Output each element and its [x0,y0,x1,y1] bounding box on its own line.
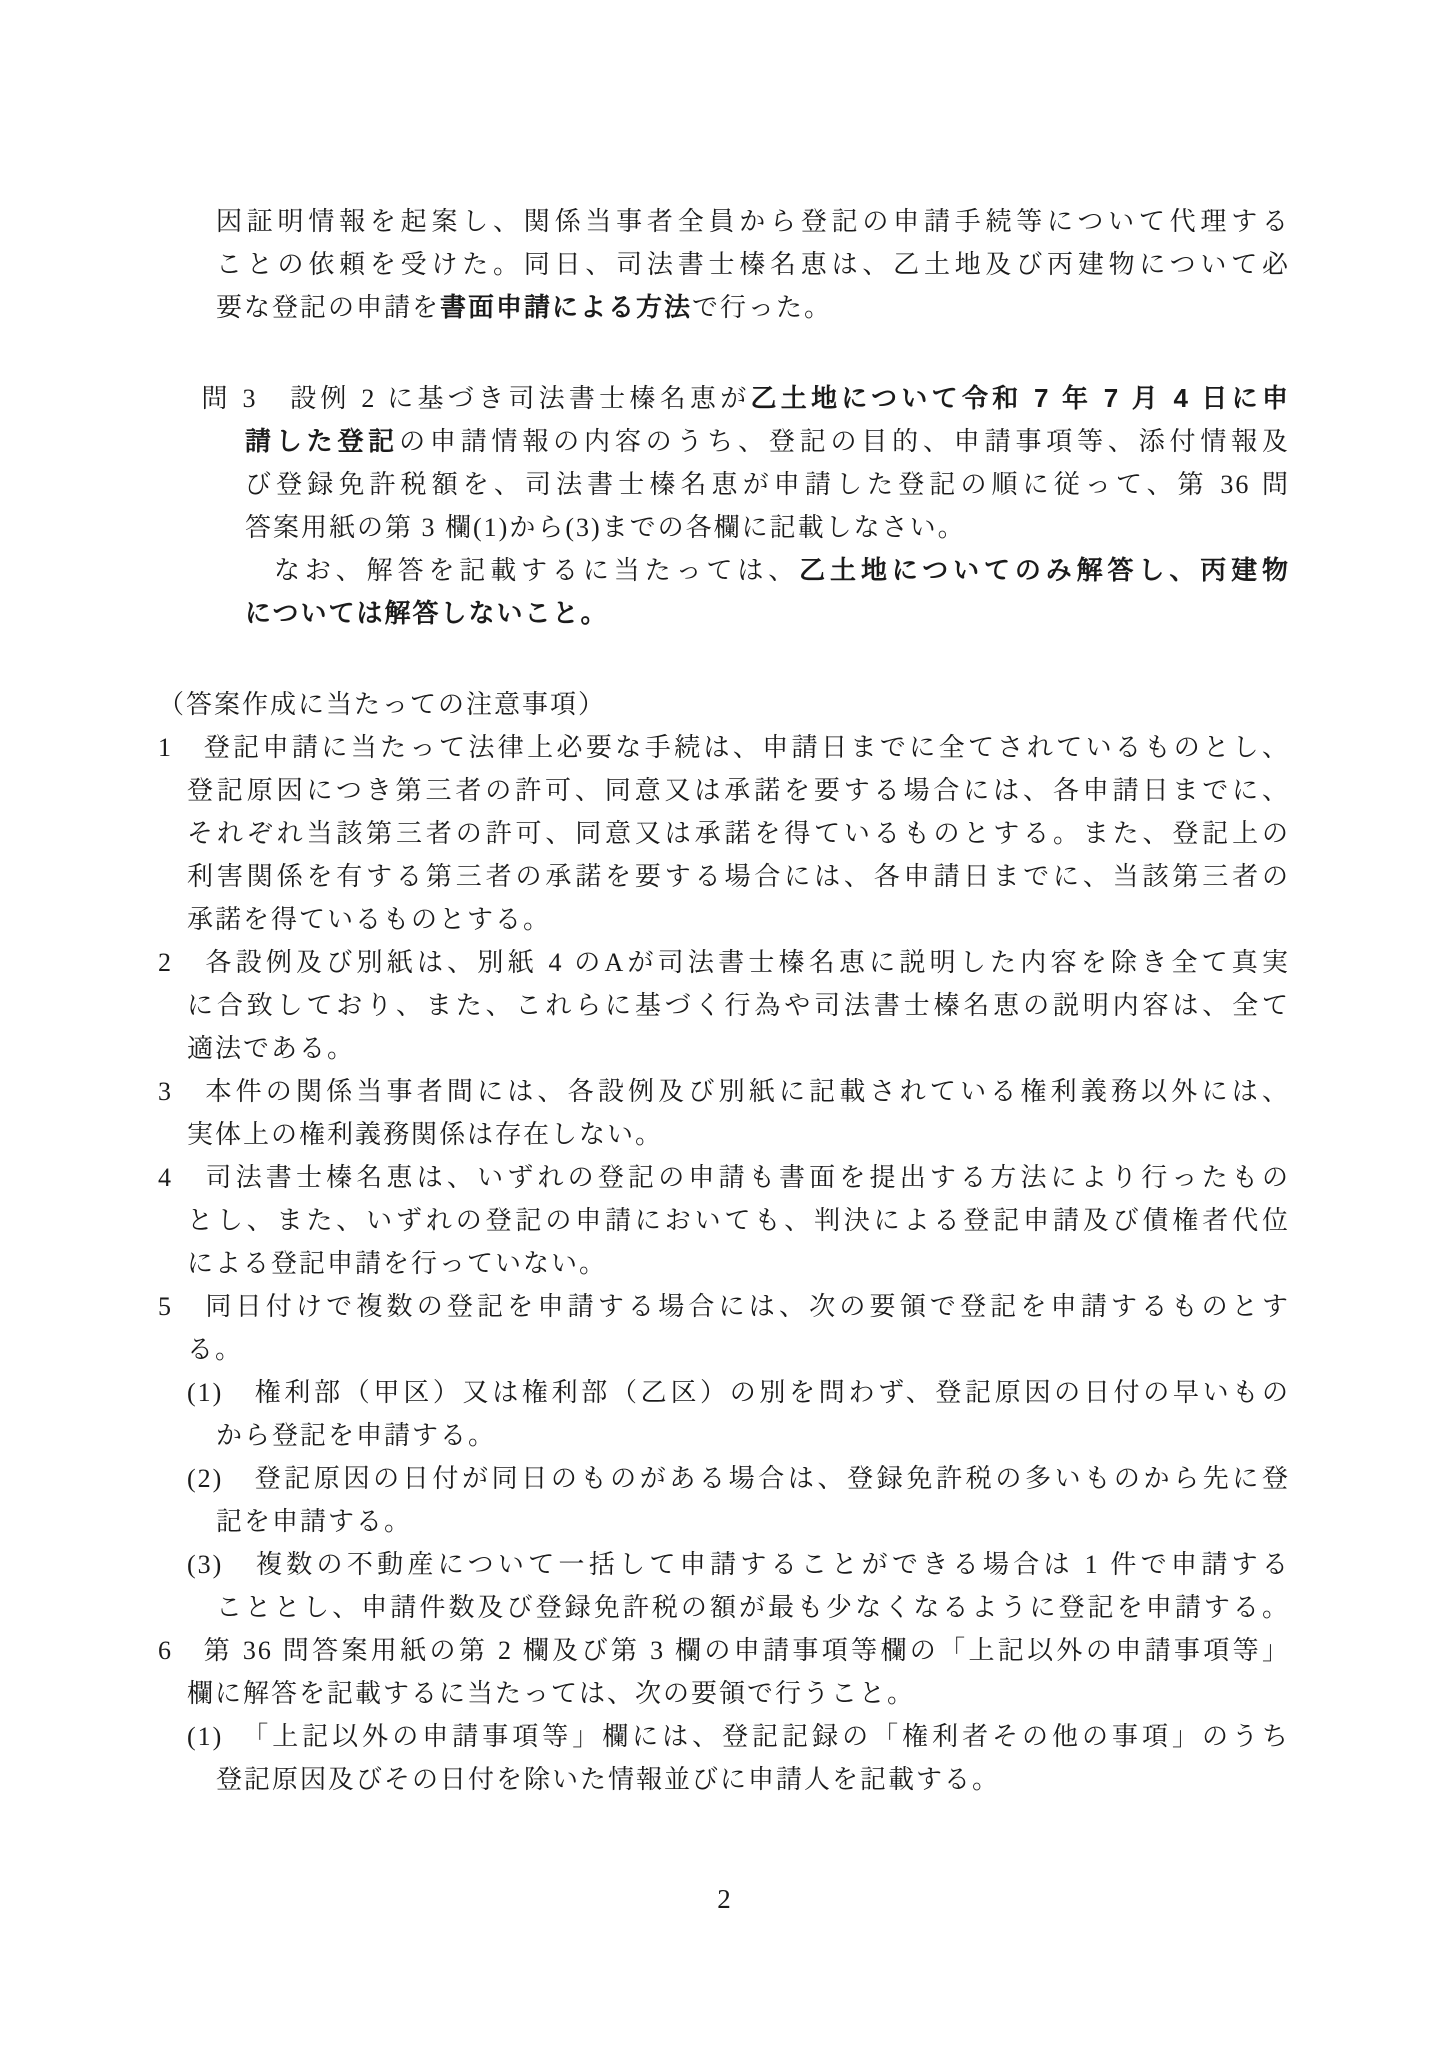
note-line: による登記申請を行っていない。 [158,1242,1290,1285]
question-3-line: なお、解答を記載するに当たっては、乙土地についてのみ解答し、丙建物 [158,549,1290,592]
note-line: 6 第 36 問答案用紙の第 2 欄及び第 3 欄の申請事項等欄の「上記以外の申… [158,1629,1290,1672]
body-text: 問 3 設例 2 に基づき司法書士榛名恵が [202,384,751,413]
intro-continuation-line: 要な登記の申請を書面申請による方法で行った。 [158,286,1290,329]
emphasized-text: 乙土地についてのみ解答し、丙建物 [799,555,1290,585]
notes-heading: （答案作成に当たっての注意事項） [158,683,1290,726]
question-3-line: 答案用紙の第 3 欄(1)から(3)までの各欄に記載しなさい。 [158,506,1290,549]
body-text: 実体上の権利義務関係は存在しない。 [187,1120,663,1149]
body-text: による登記申請を行っていない。 [187,1249,607,1278]
body-text: 適法である。 [187,1034,355,1063]
note-subitem-line: (3) 複数の不動産について一括して申請することができる場合は 1 件で申請する [158,1543,1290,1586]
body-text: 5 同日付けで複数の登記を申請する場合には、次の要領で登記を申請するものとす [158,1292,1290,1321]
body-text: とし、また、いずれの登記の申請においても、判決による登記申請及び債権者代位 [187,1206,1290,1235]
body-text: る。 [187,1335,243,1364]
note-line: 3 本件の関係当事者間には、各設例及び別紙に記載されている権利義務以外には、 [158,1070,1290,1113]
intro-continuation-line: ことの依頼を受けた。同日、司法書士榛名恵は、乙土地及び丙建物について必 [158,243,1290,286]
question-3-line: 問 3 設例 2 に基づき司法書士榛名恵が乙土地について令和 7 年 7 月 4… [158,377,1290,420]
note-line: る。 [158,1328,1290,1371]
note-line: 実体上の権利義務関係は存在しない。 [158,1113,1290,1156]
note-line: 登記原因につき第三者の許可、同意又は承諾を要する場合には、各申請日までに、 [158,769,1290,812]
note-line: とし、また、いずれの登記の申請においても、判決による登記申請及び債権者代位 [158,1199,1290,1242]
body-text: 2 各設例及び別紙は、別紙 4 のAが司法書士榛名恵に説明した内容を除き全て真実 [158,948,1290,977]
note-line: に合致しており、また、これらに基づく行為や司法書士榛名恵の説明内容は、全て [158,984,1290,1027]
body-text: (1) 「上記以外の申請事項等」欄には、登記記録の「権利者その他の事項」のうち [187,1722,1290,1751]
emphasized-text: 請した登記 [245,426,399,456]
page-number: 2 [0,1884,1448,1915]
note-line: 適法である。 [158,1027,1290,1070]
intro-continuation-line: 因証明情報を起案し、関係当事者全員から登記の申請手続等について代理する [158,200,1290,243]
body-text: ことの依頼を受けた。同日、司法書士榛名恵は、乙土地及び丙建物について必 [216,250,1290,279]
body-text: 登記原因及びその日付を除いた情報並びに申請人を記載する。 [216,1765,1000,1794]
note-line: それぞれ当該第三者の許可、同意又は承諾を得ているものとする。また、登記上の [158,812,1290,855]
document-lines: 因証明情報を起案し、関係当事者全員から登記の申請手続等について代理することの依頼… [158,200,1290,1801]
body-text: (1) 権利部（甲区）又は権利部（乙区）の別を問わず、登記原因の日付の早いもの [187,1378,1290,1407]
emphasized-text: については解答しないこと。 [245,598,608,628]
body-text: 3 本件の関係当事者間には、各設例及び別紙に記載されている権利義務以外には、 [158,1077,1290,1106]
question-3-line: については解答しないこと。 [158,592,1290,635]
body-text: なお、解答を記載するに当たっては、 [274,556,799,585]
note-line: 1 登記申請に当たって法律上必要な手続は、申請日までに全てされているものとし、 [158,726,1290,769]
note-subitem-line: 登記原因及びその日付を除いた情報並びに申請人を記載する。 [158,1758,1290,1801]
body-text: 登記原因につき第三者の許可、同意又は承諾を要する場合には、各申請日までに、 [187,776,1290,805]
document-page: 因証明情報を起案し、関係当事者全員から登記の申請手続等について代理することの依頼… [0,0,1448,2048]
note-subitem-line: (1) 権利部（甲区）又は権利部（乙区）の別を問わず、登記原因の日付の早いもの [158,1371,1290,1414]
body-text: に合致しており、また、これらに基づく行為や司法書士榛名恵の説明内容は、全て [187,991,1290,1020]
body-text: び登録免許税額を、司法書士榛名恵が申請した登記の順に従って、第 36 問 [245,470,1290,499]
body-text: 6 第 36 問答案用紙の第 2 欄及び第 3 欄の申請事項等欄の「上記以外の申… [158,1636,1290,1665]
note-line: 承諾を得ているものとする。 [158,898,1290,941]
emphasized-text: 書面申請による方法 [440,292,692,322]
body-text: の申請情報の内容のうち、登記の目的、申請事項等、添付情報及 [399,427,1290,456]
note-subitem-line: 記を申請する。 [158,1500,1290,1543]
body-text: 承諾を得ているものとする。 [187,905,551,934]
question-3-line: び登録免許税額を、司法書士榛名恵が申請した登記の順に従って、第 36 問 [158,463,1290,506]
note-line: 欄に解答を記載するに当たっては、次の要領で行うこと。 [158,1672,1290,1715]
note-subitem-line: から登記を申請する。 [158,1414,1290,1457]
note-line: 4 司法書士榛名恵は、いずれの登記の申請も書面を提出する方法により行ったもの [158,1156,1290,1199]
note-line: 2 各設例及び別紙は、別紙 4 のAが司法書士榛名恵に説明した内容を除き全て真実 [158,941,1290,984]
body-text: 要な登記の申請を [216,293,440,322]
note-subitem-line: (2) 登記原因の日付が同日のものがある場合は、登録免許税の多いものから先に登 [158,1457,1290,1500]
emphasized-text: 乙土地について令和 7 年 7 月 4 日に申 [751,383,1290,413]
body-text: 1 登記申請に当たって法律上必要な手続は、申請日までに全てされているものとし、 [158,733,1290,762]
body-text: 記を申請する。 [216,1507,412,1536]
body-text: で行った。 [692,293,832,322]
body-text: 4 司法書士榛名恵は、いずれの登記の申請も書面を提出する方法により行ったもの [158,1163,1290,1192]
body-text: 欄に解答を記載するに当たっては、次の要領で行うこと。 [187,1679,915,1708]
body-text: 利害関係を有する第三者の承諾を要する場合には、各申請日までに、当該第三者の [187,862,1290,891]
note-line: 5 同日付けで複数の登記を申請する場合には、次の要領で登記を申請するものとす [158,1285,1290,1328]
note-subitem-line: こととし、申請件数及び登録免許税の額が最も少なくなるように登記を申請する。 [158,1586,1290,1629]
body-text: それぞれ当該第三者の許可、同意又は承諾を得ているものとする。また、登記上の [187,819,1290,848]
body-text: 答案用紙の第 3 欄(1)から(3)までの各欄に記載しなさい。 [245,513,966,542]
body-text: こととし、申請件数及び登録免許税の額が最も少なくなるように登記を申請する。 [216,1593,1290,1622]
body-text: 因証明情報を起案し、関係当事者全員から登記の申請手続等について代理する [216,207,1290,236]
note-line: 利害関係を有する第三者の承諾を要する場合には、各申請日までに、当該第三者の [158,855,1290,898]
body-text: (3) 複数の不動産について一括して申請することができる場合は 1 件で申請する [187,1550,1290,1579]
body-text: から登記を申請する。 [216,1421,496,1450]
body-text: （答案作成に当たっての注意事項） [158,690,606,719]
question-3-line: 請した登記の申請情報の内容のうち、登記の目的、申請事項等、添付情報及 [158,420,1290,463]
note-subitem-line: (1) 「上記以外の申請事項等」欄には、登記記録の「権利者その他の事項」のうち [158,1715,1290,1758]
body-text: (2) 登記原因の日付が同日のものがある場合は、登録免許税の多いものから先に登 [187,1464,1290,1493]
